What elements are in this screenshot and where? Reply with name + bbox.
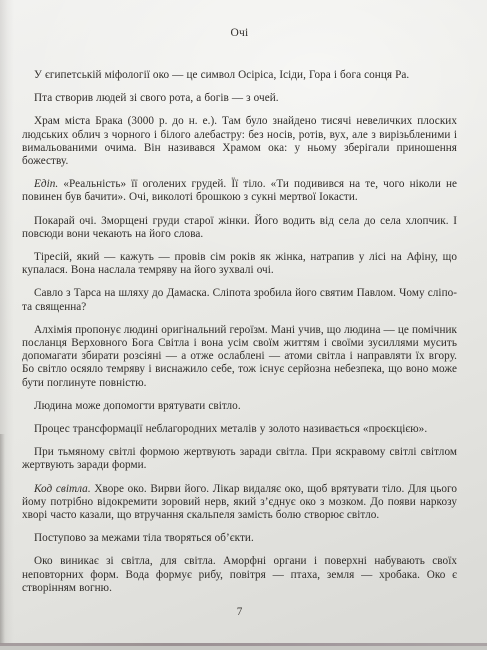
- paragraph: Алхімія пропонує людині оригінальний гер…: [22, 324, 457, 390]
- paragraph: Тіресій, який — кажуть — провів сім рокі…: [22, 251, 457, 277]
- paragraph: Код світла. Хворе око. Вирви його. Лікар…: [22, 483, 457, 523]
- paragraph: Людина може допомогти врятувати світло.: [22, 400, 457, 413]
- paragraph: Едіп. «Реальність» її оголених грудей. Ї…: [22, 178, 457, 204]
- paragraph-text: Людина може допомогти врятувати світло.: [34, 400, 241, 412]
- paragraph: У єгипетській міфології око — це символ …: [22, 69, 457, 82]
- paragraph: Процес трансформації неблагородних метал…: [22, 423, 457, 436]
- page-number: 7: [22, 606, 457, 618]
- paragraph: Покарай очі. Зморщені груди старої жінки…: [22, 215, 457, 241]
- paragraph: Поступово за межами тіла творяться об’єк…: [22, 532, 457, 545]
- paragraph-text: Тіресій, який — кажуть — провів сім рокі…: [22, 251, 457, 276]
- surface-below-page: [0, 646, 487, 650]
- paragraph-text: Савло з Тарса на шляху до Дамаска. Сліпо…: [22, 287, 457, 312]
- paragraph: При тьмяному світлі формою жертвують зар…: [22, 446, 457, 472]
- paragraph: Око виникає зі світла, для світла. Аморф…: [22, 555, 457, 595]
- paragraph-text: Алхімія пропонує людині оригінальний гер…: [22, 324, 457, 389]
- left-edge-shadow-lower: [0, 434, 5, 644]
- chapter-title: Очі: [22, 27, 457, 39]
- paragraph-text: Пта створив людей зі свого рота, а богів…: [34, 92, 279, 104]
- paragraph-text: Поступово за межами тіла творяться об’єк…: [34, 532, 254, 544]
- paragraph-lead-italic: Едіп.: [34, 178, 63, 190]
- paragraph: Савло з Тарса на шляху до Дамаска. Сліпо…: [22, 287, 457, 313]
- paragraph: Храм міста Брака (3000 р. до н. е.). Там…: [22, 115, 457, 168]
- paragraph-text: При тьмяному світлі формою жертвують зар…: [22, 446, 457, 471]
- paragraph-text: Процес трансформації неблагородних метал…: [34, 423, 427, 435]
- paragraph-text: Покарай очі. Зморщені груди старої жінки…: [22, 215, 457, 240]
- paragraph: Пта створив людей зі свого рота, а богів…: [22, 92, 457, 105]
- book-page-photo: Очі У єгипетській міфології око — це сим…: [0, 0, 487, 650]
- paragraph-text: У єгипетській міфології око — це символ …: [34, 69, 409, 81]
- paragraph-text: Храм міста Брака (3000 р. до н. е.). Там…: [22, 115, 457, 167]
- text-column: Очі У єгипетській міфології око — це сим…: [22, 27, 457, 605]
- paragraph-text: Око виникає зі світла, для світла. Аморф…: [22, 555, 457, 593]
- paragraph-text: «Реальність» її оголених грудей. Її тіло…: [22, 178, 457, 203]
- paragraph-lead-italic: Код світла.: [34, 483, 94, 495]
